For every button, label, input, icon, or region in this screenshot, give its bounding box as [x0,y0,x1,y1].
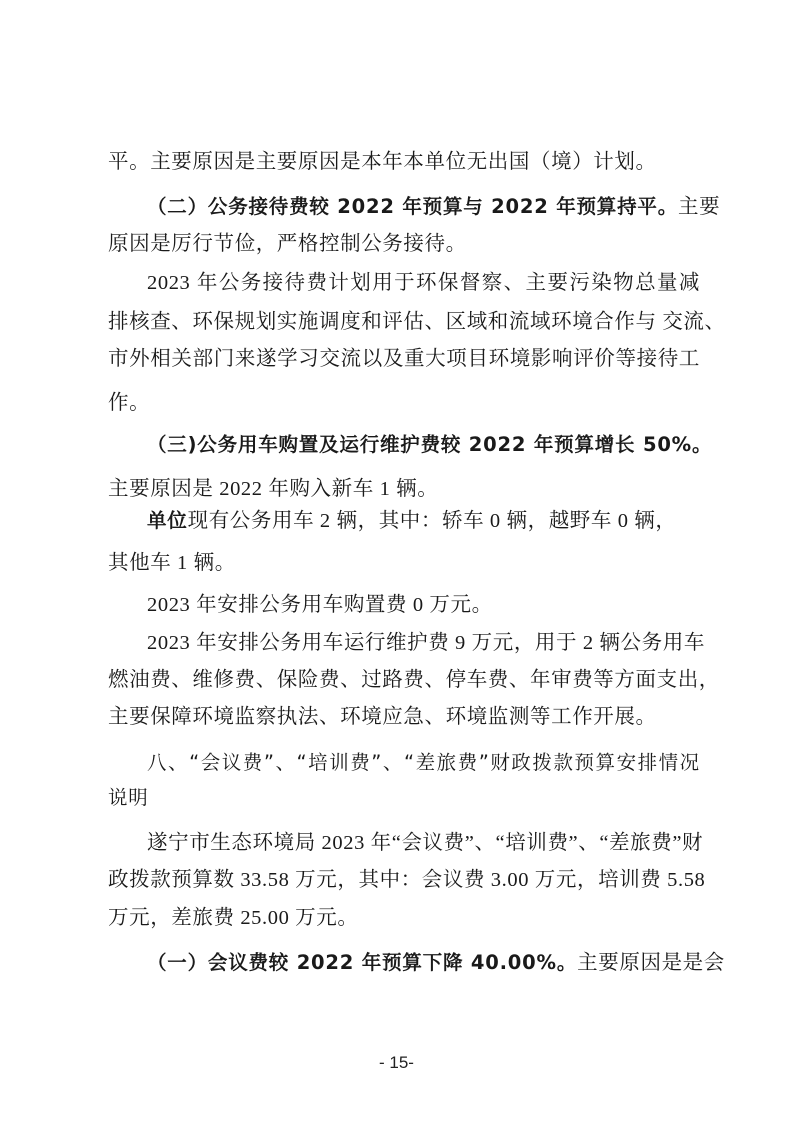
document-page: 平。主要原因是主要原因是本年本单位无出国（境）计划。 （二）公务接待费较 202… [0,0,793,1122]
paragraph-line: 2023 年安排公务用车运行维护费 9 万元，用于 2 辆公务用车 [147,630,700,656]
paragraph-line: 主要原因是 2022 年购入新车 1 辆。 [108,476,700,502]
section-heading: 八、“会议费”、“培训费”、“差旅费”财政拨款预算安排情况 [147,750,700,776]
normal-text: 现有公务用车 2 辆，其中：轿车 0 辆，越野车 0 辆， [188,510,677,532]
paragraph-line: 平。主要原因是主要原因是本年本单位无出国（境）计划。 [108,149,700,175]
paragraph-line: 作。 [108,390,700,416]
section-heading: 说明 [108,785,700,811]
paragraph-line: 政拨款预算数 33.58 万元，其中：会议费 3.00 万元，培训费 5.58 [108,867,700,893]
subheading-vehicles: （三)公务用车购置及运行维护费较 2022 年预算增长 50%。 [147,432,700,458]
paragraph-line: 原因是厉行节俭，严格控制公务接待。 [108,231,700,257]
paragraph-line: 燃油费、维修费、保险费、过路费、停车费、年审费等方面支出， [108,667,700,693]
paragraph-line: 万元，差旅费 25.00 万元。 [108,905,700,931]
subheading-bold-text: （二）公务接待费较 2022 年预算与 2022 年预算持平。 [147,195,678,218]
subheading-reception: （二）公务接待费较 2022 年预算与 2022 年预算持平。主要 [147,194,700,220]
paragraph-line: 2023 年公务接待费计划用于环保督察、主要污染物总量减 [147,270,700,296]
subheading-meetings: （一）会议费较 2022 年预算下降 40.00%。主要原因是是会 [147,950,700,976]
paragraph-line: 2023 年安排公务用车购置费 0 万元。 [147,592,700,618]
paragraph-line: 遂宁市生态环境局 2023 年“会议费”、“培训费”、“差旅费”财 [147,830,700,856]
subheading-normal-text: 主要 [678,196,720,218]
page-number: - 15- [0,1053,793,1073]
paragraph-line: 单位现有公务用车 2 辆，其中：轿车 0 辆，越野车 0 辆， [147,508,700,534]
paragraph-line: 主要保障环境监察执法、环境应急、环境监测等工作开展。 [108,704,700,730]
paragraph-line: 其他车 1 辆。 [108,550,700,576]
subheading-bold-text: （一）会议费较 2022 年预算下降 40.00%。 [147,951,577,974]
paragraph-line: 市外相关部门来遂学习交流以及重大项目环境影响评价等接待工 [108,346,700,372]
paragraph-line: 排核查、环保规划实施调度和评估、区域和流域环境合作与 交流、 [108,309,700,335]
subheading-normal-text: 主要原因是是会 [577,952,725,974]
bold-text: 单位 [147,509,188,532]
